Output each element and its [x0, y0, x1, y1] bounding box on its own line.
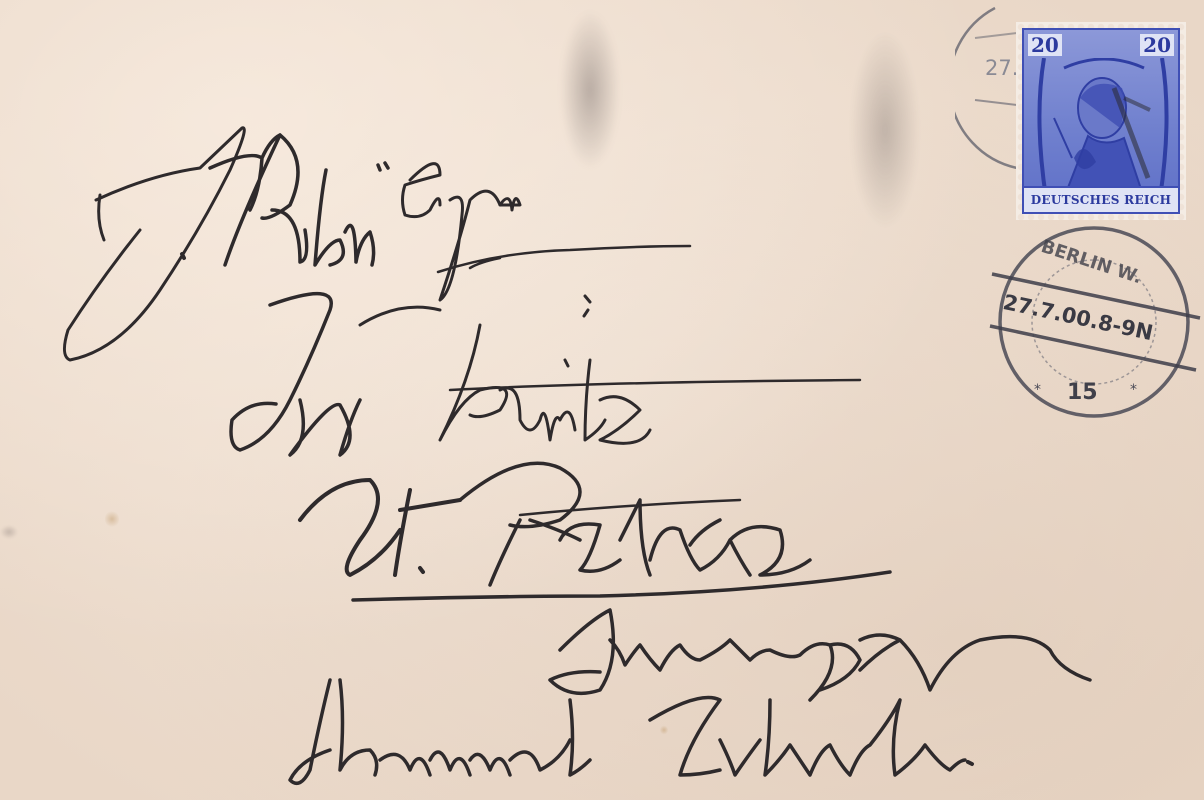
handwriting-Guernsey [550, 610, 1090, 700]
handwriting-Channel [290, 680, 590, 783]
envelope: 27. 20 20 DEUTSCHES REICH * * [0, 0, 1204, 800]
st-peters-underline [353, 572, 890, 600]
handwriting-La [231, 294, 360, 455]
handwriting-Peters [460, 463, 810, 585]
handwriting-J [64, 128, 244, 360]
handwriting-St [300, 480, 460, 575]
handwriting-Esq [403, 164, 521, 300]
handwriting-Pointe [360, 307, 650, 443]
handwriting-Islands [650, 698, 965, 776]
esq-underline [438, 246, 690, 272]
handwritten-address [0, 0, 1204, 800]
